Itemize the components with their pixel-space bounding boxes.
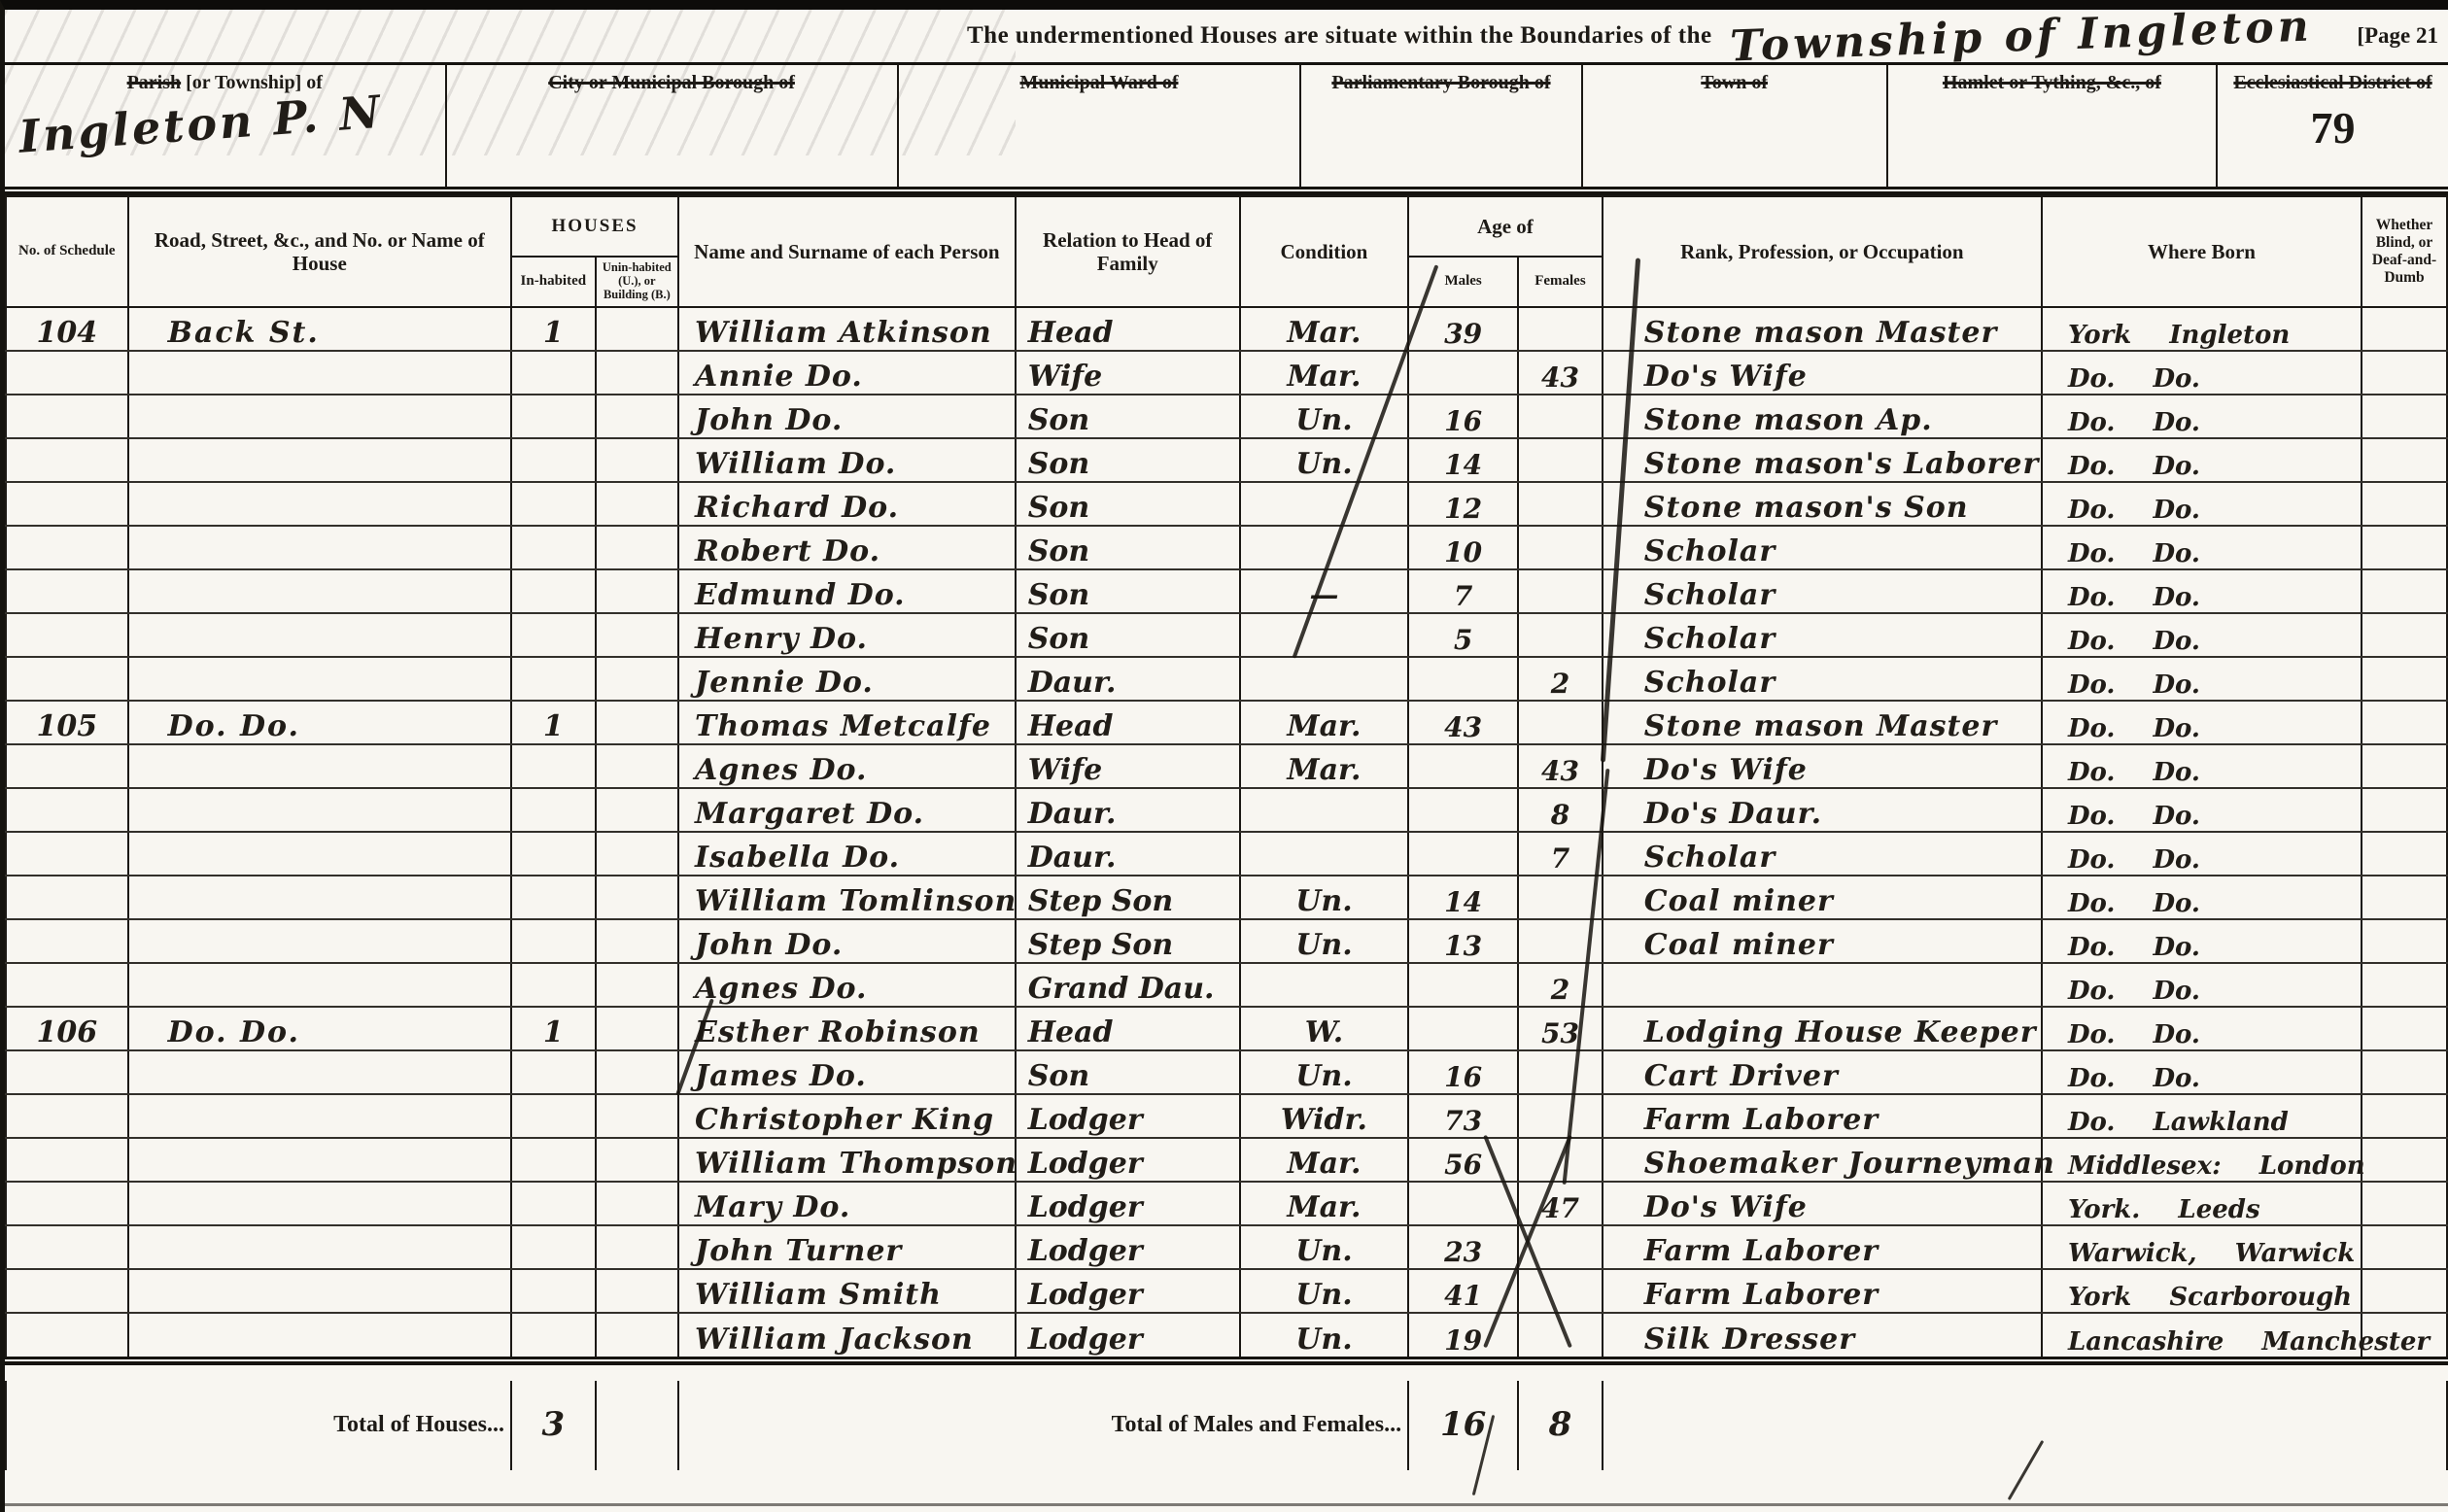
cell-uninhabited [596,1225,678,1269]
col-header-road: Road, Street, &c., and No. or Name of Ho… [128,196,511,307]
cell-road [128,876,511,919]
col-header-name: Name and Surname of each Person [678,196,1016,307]
cell-age_m: 5 [1408,613,1518,657]
totals-empty [1603,1381,2447,1470]
cell-schedule [6,351,128,395]
cell-schedule [6,1182,128,1225]
cell-occupation: Stone mason's Laborer [1603,438,2042,482]
cell-schedule [6,963,128,1007]
cell-born: Do. Do. [2042,482,2362,526]
cell-name: Robert Do. [678,526,1016,569]
district-cell-hamlet: Hamlet or Tything, &c., of [1886,65,2216,187]
cell-inhabited [511,1138,596,1182]
cell-name: Annie Do. [678,351,1016,395]
cell-relation: Lodger [1016,1182,1240,1225]
cell-relation: Son [1016,395,1240,438]
cell-uninhabited [596,788,678,832]
table-row: 106Do. Do.1Esther RobinsonHeadW.53Lodgin… [6,1007,2447,1050]
cell-uninhabited [596,832,678,876]
census-page: The undermentioned Houses are situate wi… [0,0,2448,1512]
cell-blind [2362,832,2447,876]
top-caption: The undermentioned Houses are situate wi… [967,22,1712,50]
cell-condition [1240,963,1408,1007]
cell-condition: Widr. [1240,1094,1408,1138]
cell-uninhabited [596,613,678,657]
cell-occupation: Do's Wife [1603,744,2042,788]
cell-blind [2362,307,2447,351]
cell-age_f [1518,482,1603,526]
cell-inhabited [511,788,596,832]
cell-relation: Daur. [1016,788,1240,832]
cell-inhabited [511,1182,596,1225]
district-label-struck: Ecclesiastical District of [2233,72,2431,93]
cell-age_f [1518,701,1603,744]
ecclesiastical-district-number: 79 [2218,102,2448,154]
cell-age_f: 47 [1518,1182,1603,1225]
cell-occupation: Stone mason Master [1603,307,2042,351]
cell-relation: Grand Dau. [1016,963,1240,1007]
cell-name: William Do. [678,438,1016,482]
cell-relation: Daur. [1016,657,1240,701]
cell-age_m: 16 [1408,395,1518,438]
cell-schedule [6,1050,128,1094]
cell-age_f [1518,1050,1603,1094]
table-row: James Do.SonUn.16Cart DriverDo. Do. [6,1050,2447,1094]
cell-age_m [1408,1007,1518,1050]
cell-uninhabited [596,701,678,744]
cell-road: Do. Do. [128,701,511,744]
cell-name: Christopher King [678,1094,1016,1138]
cell-blind [2362,569,2447,613]
total-males-females-label: Total of Males and Females... [678,1381,1408,1470]
table-row: Agnes Do.Grand Dau.2Do. Do. [6,963,2447,1007]
cell-road [128,438,511,482]
cell-occupation: Coal miner [1603,876,2042,919]
cell-born: Do. Do. [2042,788,2362,832]
cell-relation: Lodger [1016,1313,1240,1357]
cell-age_f [1518,569,1603,613]
cell-born: York Scarborough [2042,1269,2362,1313]
cell-occupation: Farm Laborer [1603,1094,2042,1138]
boundary-name-handwritten: Township of Ingleton [1729,1,2313,71]
cell-age_m [1408,744,1518,788]
table-row: Mary Do.LodgerMar.47Do's WifeYork. Leeds [6,1182,2447,1225]
table-row: Agnes Do.WifeMar.43Do's WifeDo. Do. [6,744,2447,788]
col-header-condition: Condition [1240,196,1408,307]
cell-born: Do. Do. [2042,919,2362,963]
cell-occupation: Cart Driver [1603,1050,2042,1094]
cell-inhabited [511,744,596,788]
cell-schedule [6,395,128,438]
cell-inhabited [511,526,596,569]
cell-uninhabited [596,395,678,438]
cell-condition: Un. [1240,1050,1408,1094]
cell-schedule: 104 [6,307,128,351]
cell-road [128,1138,511,1182]
cell-condition [1240,526,1408,569]
cell-condition: Mar. [1240,701,1408,744]
total-houses-value: 3 [511,1381,596,1470]
cell-born: Do. Do. [2042,613,2362,657]
cell-born: Do. Lawkland [2042,1094,2362,1138]
cell-inhabited [511,1094,596,1138]
cell-occupation: Silk Dresser [1603,1313,2042,1357]
cell-relation: Lodger [1016,1269,1240,1313]
cell-schedule [6,657,128,701]
cell-age_f: 7 [1518,832,1603,876]
cell-inhabited [511,919,596,963]
cell-occupation: Shoemaker Journeyman [1603,1138,2042,1182]
cell-blind [2362,482,2447,526]
total-males-value: 16 [1408,1381,1518,1470]
cell-inhabited [511,482,596,526]
cell-occupation: Stone mason's Son [1603,482,2042,526]
page-number-label: [Page 21 [2357,23,2448,49]
cell-schedule: 105 [6,701,128,744]
cell-road [128,482,511,526]
cell-name: Thomas Metcalfe [678,701,1016,744]
cell-uninhabited [596,657,678,701]
cell-age_m: 16 [1408,1050,1518,1094]
cell-relation: Son [1016,569,1240,613]
cell-schedule [6,1313,128,1357]
col-header-uninhabited: Unin-habited (U.), or Building (B.) [596,257,678,307]
table-row: William JacksonLodgerUn.19Silk DresserLa… [6,1313,2447,1357]
cell-road [128,963,511,1007]
cell-age_f [1518,1269,1603,1313]
cell-schedule [6,438,128,482]
col-header-houses: HOUSES [511,196,678,257]
cell-condition [1240,482,1408,526]
cell-blind [2362,613,2447,657]
cell-name: Mary Do. [678,1182,1016,1225]
cell-age_m: 14 [1408,876,1518,919]
cell-uninhabited [596,919,678,963]
cell-blind [2362,1094,2447,1138]
cell-condition: W. [1240,1007,1408,1050]
cell-age_m: 23 [1408,1225,1518,1269]
top-caption-band: The undermentioned Houses are situate wi… [5,10,2448,62]
cell-age_f [1518,876,1603,919]
cell-road: Back St. [128,307,511,351]
cell-road [128,395,511,438]
table-row: Henry Do.Son5ScholarDo. Do. [6,613,2447,657]
cell-relation: Head [1016,307,1240,351]
cell-road [128,526,511,569]
table-row: 104Back St.1William AtkinsonHeadMar.39St… [6,307,2447,351]
col-header-relation: Relation to Head of Family [1016,196,1240,307]
cell-inhabited [511,832,596,876]
cell-name: Henry Do. [678,613,1016,657]
cell-uninhabited [596,744,678,788]
cell-born: Do. Do. [2042,1050,2362,1094]
cell-uninhabited [596,307,678,351]
table-row: Margaret Do.Daur.8Do's Daur.Do. Do. [6,788,2447,832]
cell-age_m [1408,832,1518,876]
cell-blind [2362,395,2447,438]
cell-name: Margaret Do. [678,788,1016,832]
cell-name: Isabella Do. [678,832,1016,876]
cell-condition: Un. [1240,876,1408,919]
cell-age_m: 43 [1408,701,1518,744]
col-header-occupation: Rank, Profession, or Occupation [1603,196,2042,307]
cell-inhabited [511,613,596,657]
totals-spacer [596,1381,678,1470]
cell-schedule [6,1269,128,1313]
totals-band: Total of Houses... 3 Total of Males and … [5,1381,2448,1470]
cell-age_f: 53 [1518,1007,1603,1050]
cell-born: Do. Do. [2042,744,2362,788]
cell-road [128,351,511,395]
cell-occupation: Do's Daur. [1603,788,2042,832]
cell-condition: Un. [1240,919,1408,963]
cell-inhabited [511,1313,596,1357]
cell-occupation: Scholar [1603,657,2042,701]
cell-uninhabited [596,569,678,613]
cell-age_f [1518,395,1603,438]
cell-age_f [1518,613,1603,657]
cell-age_f: 43 [1518,351,1603,395]
table-row: John TurnerLodgerUn.23Farm LaborerWarwic… [6,1225,2447,1269]
cell-born: Lancashire Manchester [2042,1313,2362,1357]
cell-age_m [1408,657,1518,701]
cell-uninhabited [596,1050,678,1094]
cell-inhabited [511,569,596,613]
cell-age_f: 8 [1518,788,1603,832]
cell-relation: Wife [1016,351,1240,395]
cell-inhabited: 1 [511,701,596,744]
cell-born: Do. Do. [2042,395,2362,438]
table-row: John Do.SonUn.16Stone mason Ap.Do. Do. [6,395,2447,438]
cell-relation: Lodger [1016,1225,1240,1269]
cell-age_m: 12 [1408,482,1518,526]
cell-road [128,1313,511,1357]
cell-name: Agnes Do. [678,744,1016,788]
cell-schedule [6,876,128,919]
cell-schedule [6,832,128,876]
district-label-struck: Town of [1701,72,1768,93]
cell-relation: Son [1016,438,1240,482]
table-row: Jennie Do.Daur.2ScholarDo. Do. [6,657,2447,701]
cell-age_f [1518,526,1603,569]
cell-name: Esther Robinson [678,1007,1016,1050]
table-row: William TomlinsonStep SonUn.14Coal miner… [6,876,2447,919]
cell-age_f: 2 [1518,963,1603,1007]
cell-age_m: 13 [1408,919,1518,963]
district-cell-parliamentary-borough: Parliamentary Borough of [1299,65,1580,187]
cell-age_f [1518,438,1603,482]
cell-occupation [1603,963,2042,1007]
district-cell-town: Town of [1581,65,1886,187]
table-row: Robert Do.Son10ScholarDo. Do. [6,526,2447,569]
cell-blind [2362,1269,2447,1313]
cell-schedule [6,1225,128,1269]
cell-born: Do. Do. [2042,526,2362,569]
cell-inhabited [511,438,596,482]
table-row: John Do.Step SonUn.13Coal minerDo. Do. [6,919,2447,963]
table-row: Edmund Do.Son—7ScholarDo. Do. [6,569,2447,613]
cell-born: Do. Do. [2042,832,2362,876]
cell-relation: Step Son [1016,919,1240,963]
cell-age_f [1518,1094,1603,1138]
cell-condition: Mar. [1240,1138,1408,1182]
district-cell-municipal-borough: City or Municipal Borough of [445,65,897,187]
cell-road [128,1050,511,1094]
cell-condition: Un. [1240,1313,1408,1357]
cell-relation: Lodger [1016,1094,1240,1138]
cell-road [128,1182,511,1225]
cell-blind [2362,876,2447,919]
district-label-struck: Municipal Ward of [1019,72,1178,93]
cell-name: John Do. [678,395,1016,438]
cell-condition: Mar. [1240,351,1408,395]
cell-occupation: Scholar [1603,526,2042,569]
cell-age_m: 7 [1408,569,1518,613]
cell-schedule [6,744,128,788]
cell-road: Do. Do. [128,1007,511,1050]
cell-occupation: Scholar [1603,613,2042,657]
col-header-females: Females [1518,257,1603,307]
cell-road [128,1269,511,1313]
cell-relation: Lodger [1016,1138,1240,1182]
cell-name: Jennie Do. [678,657,1016,701]
table-row: Christopher KingLodgerWidr.73Farm Labore… [6,1094,2447,1138]
cell-condition [1240,613,1408,657]
cell-blind [2362,526,2447,569]
cell-born: Do. Do. [2042,701,2362,744]
district-label-struck: Parish [127,72,182,93]
cell-name: Richard Do. [678,482,1016,526]
cell-road [128,744,511,788]
cell-uninhabited [596,526,678,569]
cell-inhabited [511,351,596,395]
cell-schedule [6,569,128,613]
cell-age_m: 73 [1408,1094,1518,1138]
cell-age_f: 2 [1518,657,1603,701]
cell-age_f: 43 [1518,744,1603,788]
cell-occupation: Farm Laborer [1603,1269,2042,1313]
cell-blind [2362,963,2447,1007]
cell-relation: Head [1016,701,1240,744]
col-header-inhabited: In-habited [511,257,596,307]
cell-schedule [6,788,128,832]
cell-age_m [1408,788,1518,832]
cell-born: Warwick, Warwick [2042,1225,2362,1269]
cell-uninhabited [596,1094,678,1138]
cell-occupation: Scholar [1603,832,2042,876]
cell-road [128,1225,511,1269]
cell-relation: Wife [1016,744,1240,788]
district-label-struck: Parliamentary Borough of [1331,72,1550,93]
scan-bottom-edge [5,1503,2448,1506]
cell-name: William Smith [678,1269,1016,1313]
cell-uninhabited [596,1007,678,1050]
cell-born: York Ingleton [2042,307,2362,351]
cell-condition [1240,788,1408,832]
cell-condition [1240,657,1408,701]
cell-name: William Thompson [678,1138,1016,1182]
cell-age_m: 14 [1408,438,1518,482]
cell-uninhabited [596,351,678,395]
cell-name: William Tomlinson [678,876,1016,919]
cell-name: William Atkinson [678,307,1016,351]
cell-uninhabited [596,876,678,919]
cell-occupation: Do's Wife [1603,1182,2042,1225]
cell-occupation: Stone mason Master [1603,701,2042,744]
cell-inhabited [511,657,596,701]
cell-born: Middlesex: London [2042,1138,2362,1182]
cell-condition: Un. [1240,1225,1408,1269]
cell-condition: Mar. [1240,1182,1408,1225]
cell-relation: Step Son [1016,876,1240,919]
cell-name: John Turner [678,1225,1016,1269]
census-table: No. of Schedule Road, Street, &c., and N… [5,195,2448,1357]
cell-schedule [6,526,128,569]
cell-relation: Son [1016,526,1240,569]
cell-name: James Do. [678,1050,1016,1094]
cell-relation: Head [1016,1007,1240,1050]
cell-schedule [6,1094,128,1138]
cell-road [128,657,511,701]
cell-inhabited: 1 [511,1007,596,1050]
cell-road [128,788,511,832]
cell-age_m: 19 [1408,1313,1518,1357]
cell-inhabited: 1 [511,307,596,351]
cell-relation: Son [1016,482,1240,526]
cell-blind [2362,744,2447,788]
cell-born: Do. Do. [2042,351,2362,395]
cell-uninhabited [596,1313,678,1357]
cell-age_m [1408,1182,1518,1225]
cell-age_m: 39 [1408,307,1518,351]
cell-born: Do. Do. [2042,1007,2362,1050]
cell-schedule: 106 [6,1007,128,1050]
cell-occupation: Lodging House Keeper [1603,1007,2042,1050]
cell-condition [1240,832,1408,876]
cell-inhabited [511,1225,596,1269]
cell-uninhabited [596,963,678,1007]
cell-inhabited [511,1050,596,1094]
cell-occupation: Scholar [1603,569,2042,613]
table-row: Richard Do.Son12Stone mason's SonDo. Do. [6,482,2447,526]
cell-name: William Jackson [678,1313,1016,1357]
cell-born: Do. Do. [2042,438,2362,482]
district-label-struck: City or Municipal Borough of [548,72,795,93]
cell-blind [2362,1225,2447,1269]
district-header-band: Parish [or Township] of Ingleton P. N Ci… [5,62,2448,187]
cell-road [128,919,511,963]
cell-blind [2362,788,2447,832]
cell-inhabited [511,1269,596,1313]
cell-occupation: Coal miner [1603,919,2042,963]
cell-relation: Son [1016,1050,1240,1094]
cell-age_m: 10 [1408,526,1518,569]
col-header-age: Age of [1408,196,1603,257]
district-cell-parish: Parish [or Township] of Ingleton P. N [5,65,445,187]
cell-condition: Un. [1240,438,1408,482]
col-header-born: Where Born [2042,196,2362,307]
cell-road [128,569,511,613]
cell-age_f [1518,307,1603,351]
cell-relation: Daur. [1016,832,1240,876]
table-row: Annie Do.WifeMar.43Do's WifeDo. Do. [6,351,2447,395]
cell-occupation: Stone mason Ap. [1603,395,2042,438]
table-header: No. of Schedule Road, Street, &c., and N… [6,196,2447,307]
table-row: William ThompsonLodgerMar.56Shoemaker Jo… [6,1138,2447,1182]
cell-blind [2362,351,2447,395]
cell-age_m [1408,351,1518,395]
cell-uninhabited [596,1182,678,1225]
